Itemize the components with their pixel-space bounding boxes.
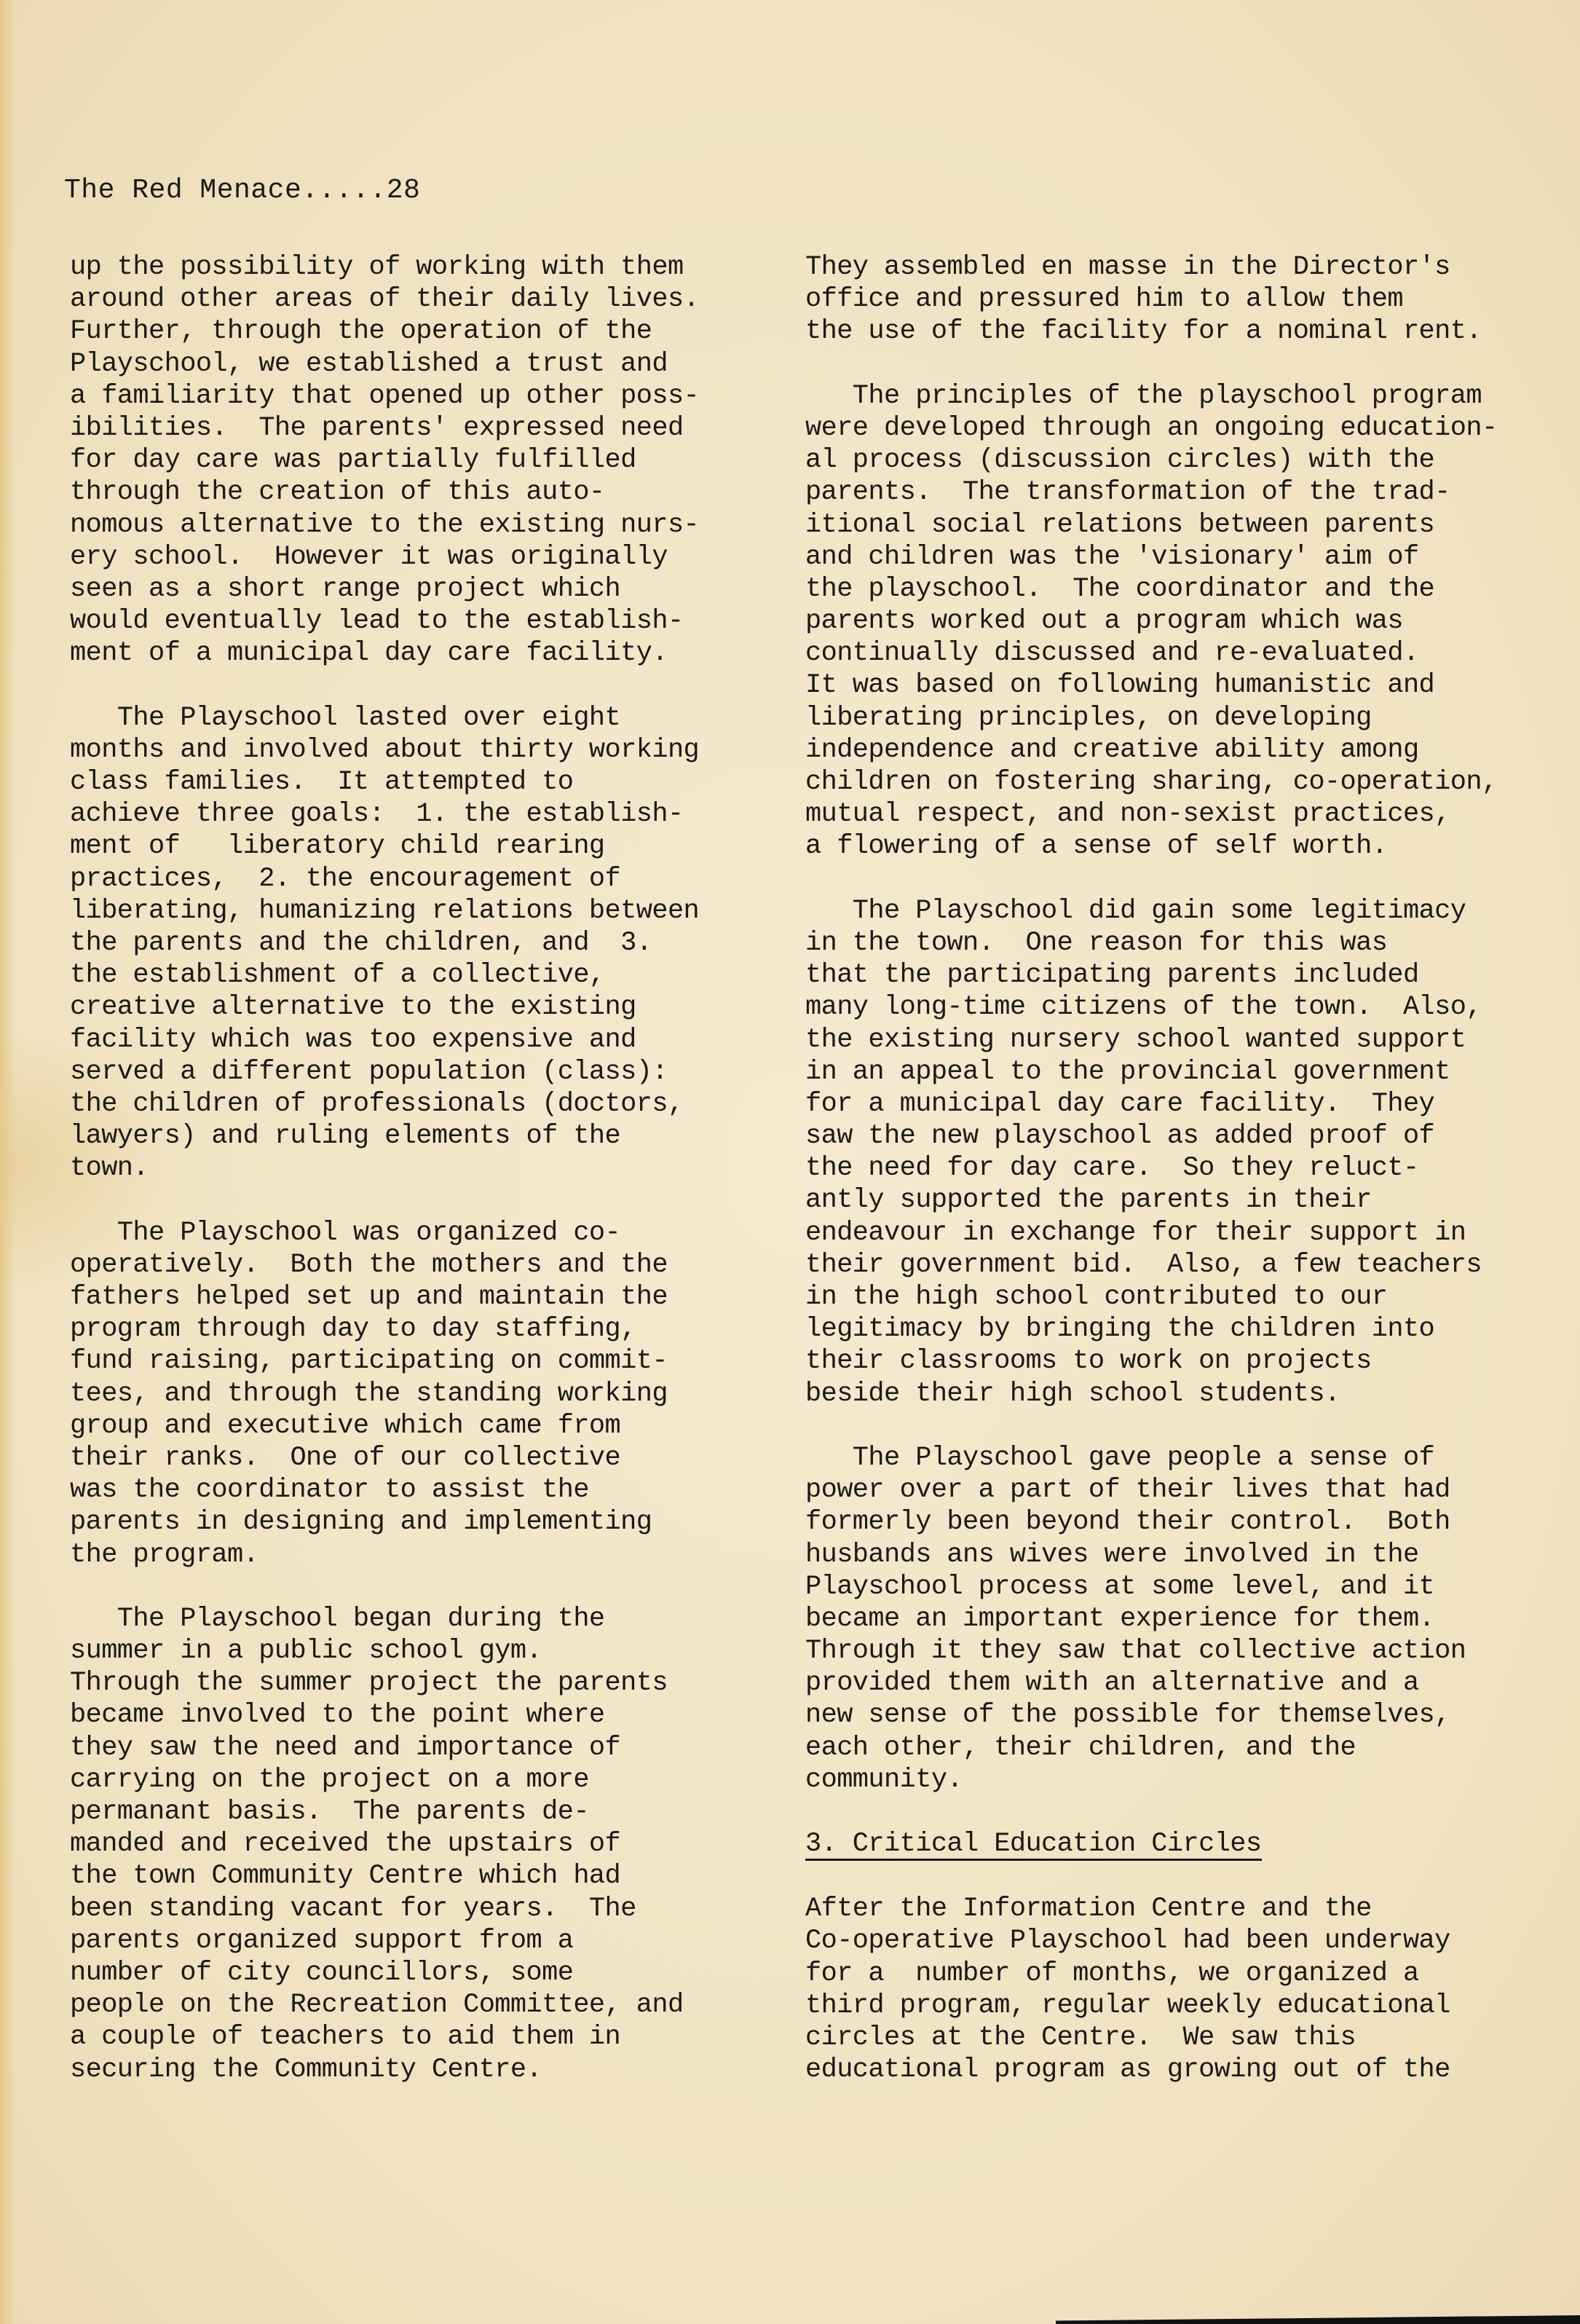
text-line: parents in designing and implementing <box>70 1506 754 1538</box>
text-line: around other areas of their daily lives. <box>70 283 754 315</box>
text-line: their classrooms to work on projects <box>805 1345 1548 1377</box>
paragraph: They assembled en masse in the Director'… <box>805 251 1548 348</box>
text-line: Co-operative Playschool had been underwa… <box>805 1925 1548 1957</box>
text-line: the town Community Centre which had <box>70 1860 754 1892</box>
paragraph: The Playschool began during thesummer in… <box>70 1603 754 2086</box>
text-line: been standing vacant for years. The <box>70 1893 754 1925</box>
text-line: the need for day care. So they reluct- <box>805 1152 1548 1184</box>
text-line: the existing nursery school wanted suppo… <box>805 1024 1548 1056</box>
text-line: Playschool process at some level, and it <box>805 1571 1548 1603</box>
text-line: The Playschool lasted over eight <box>70 702 754 734</box>
paragraph: The Playschool was organized co-operativ… <box>70 1217 754 1571</box>
paragraph: up the possibility of working with thema… <box>70 251 754 669</box>
section-heading: 3. Critical Education Circles <box>805 1829 1262 1861</box>
text-line: provided them with an alternative and a <box>805 1667 1548 1699</box>
text-line: beside their high school students. <box>805 1378 1548 1410</box>
text-line: became involved to the point where <box>70 1699 754 1731</box>
text-line: fund raising, participating on commit- <box>70 1345 754 1377</box>
text-line: parents worked out a program which was <box>805 605 1548 637</box>
paragraph: The Playschool gave people a sense ofpow… <box>805 1442 1548 1796</box>
text-line: Playschool, we established a trust and <box>70 348 754 380</box>
text-line: circles at the Centre. We saw this <box>805 2022 1548 2054</box>
text-line: community. <box>805 1764 1548 1796</box>
text-line: through the creation of this auto- <box>70 476 754 508</box>
text-line: formerly been beyond their control. Both <box>805 1506 1548 1538</box>
text-line: Further, through the operation of the <box>70 315 754 347</box>
text-line: Through the summer project the parents <box>70 1667 754 1699</box>
text-line: liberating principles, on developing <box>805 702 1548 734</box>
text-line: parents organized support from a <box>70 1925 754 1957</box>
text-line: number of city councillors, some <box>70 1957 754 1989</box>
text-line: in the town. One reason for this was <box>805 927 1548 959</box>
text-line: program through day to day staffing, <box>70 1313 754 1345</box>
text-line: practices, 2. the encouragement of <box>70 863 754 895</box>
page-edge-shading <box>0 0 16 2324</box>
text-line: seen as a short range project which <box>70 573 754 605</box>
text-line: creative alternative to the existing <box>70 991 754 1023</box>
text-line: ment of a municipal day care facility. <box>70 637 754 669</box>
text-line: the use of the facility for a nominal re… <box>805 315 1548 347</box>
text-line: legitimacy by bringing the children into <box>805 1313 1548 1345</box>
right-column: They assembled en masse in the Director'… <box>805 251 1548 2086</box>
text-line: their government bid. Also, a few teache… <box>805 1249 1548 1281</box>
text-line: husbands ans wives were involved in the <box>805 1539 1548 1571</box>
text-line: group and executive which came from <box>70 1410 754 1442</box>
text-line: class families. It attempted to <box>70 766 754 798</box>
text-line: a couple of teachers to aid them in <box>70 2021 754 2053</box>
text-line: a flowering of a sense of self worth. <box>805 830 1548 862</box>
text-line: for day care was partially fulfilled <box>70 444 754 476</box>
text-line: carrying on the project on a more <box>70 1764 754 1796</box>
text-line: operatively. Both the mothers and the <box>70 1249 754 1281</box>
paragraph: The principles of the playschool program… <box>805 380 1548 863</box>
text-line: that the participating parents included <box>805 959 1548 991</box>
text-line: mutual respect, and non-sexist practices… <box>805 798 1548 830</box>
text-line: they saw the need and importance of <box>70 1732 754 1764</box>
text-line: and children was the 'visionary' aim of <box>805 541 1548 573</box>
text-line: summer in a public school gym. <box>70 1635 754 1667</box>
running-header: The Red Menace.....28 <box>64 175 420 206</box>
text-line: the children of professionals (doctors, <box>70 1088 754 1120</box>
text-line: educational program as growing out of th… <box>805 2054 1548 2086</box>
text-line: for a municipal day care facility. They <box>805 1088 1548 1120</box>
text-line: independence and creative ability among <box>805 734 1548 766</box>
text-line: The Playschool was organized co- <box>70 1217 754 1249</box>
text-line: nomous alternative to the existing nurs- <box>70 509 754 541</box>
text-line: became an important experience for them. <box>805 1603 1548 1635</box>
text-line: antly supported the parents in their <box>805 1184 1548 1216</box>
text-line: new sense of the possible for themselves… <box>805 1699 1548 1731</box>
text-line: fathers helped set up and maintain the <box>70 1281 754 1313</box>
text-line: They assembled en masse in the Director'… <box>805 251 1548 283</box>
text-line: the playschool. The coordinator and the <box>805 573 1548 605</box>
left-column: up the possibility of working with thema… <box>70 251 754 2118</box>
text-line: served a different population (class): <box>70 1056 754 1088</box>
text-line: saw the new playschool as added proof of <box>805 1120 1548 1152</box>
text-line: The principles of the playschool program <box>805 380 1548 412</box>
text-line: in an appeal to the provincial governmen… <box>805 1056 1548 1088</box>
section-body: After the Information Centre and theCo-o… <box>805 1893 1548 2086</box>
text-line: third program, regular weekly educationa… <box>805 1990 1548 2022</box>
paragraph: The Playschool did gain some legitimacyi… <box>805 895 1548 1410</box>
text-line: endeavour in exchange for their support … <box>805 1217 1548 1249</box>
text-line: ibilities. The parents' expressed need <box>70 412 754 444</box>
text-line: months and involved about thirty working <box>70 734 754 766</box>
text-line: each other, their children, and the <box>805 1732 1548 1764</box>
text-line: town. <box>70 1152 754 1184</box>
text-line: manded and received the upstairs of <box>70 1828 754 1860</box>
text-line: office and pressured him to allow them <box>805 283 1548 315</box>
text-line: continually discussed and re-evaluated. <box>805 637 1548 669</box>
text-line: children on fostering sharing, co-operat… <box>805 766 1548 798</box>
text-line: the establishment of a collective, <box>70 959 754 991</box>
text-line: Through it they saw that collective acti… <box>805 1635 1548 1667</box>
text-line: achieve three goals: 1. the establish- <box>70 798 754 830</box>
paragraph: The Playschool lasted over eightmonths a… <box>70 702 754 1185</box>
text-line: parents. The transformation of the trad- <box>805 476 1548 508</box>
text-line: people on the Recreation Committee, and <box>70 1989 754 2021</box>
text-line: The Playschool gave people a sense of <box>805 1442 1548 1474</box>
text-line: power over a part of their lives that ha… <box>805 1474 1548 1506</box>
text-line: tees, and through the standing working <box>70 1378 754 1410</box>
text-line: securing the Community Centre. <box>70 2054 754 2086</box>
text-line: the parents and the children, and 3. <box>70 927 754 959</box>
scan-edge-shadow <box>1056 2315 1580 2324</box>
text-line: The Playschool did gain some legitimacy <box>805 895 1548 927</box>
text-line: up the possibility of working with them <box>70 251 754 283</box>
text-line: were developed through an ongoing educat… <box>805 412 1548 444</box>
text-line: liberating, humanizing relations between <box>70 895 754 927</box>
text-line: facility which was too expensive and <box>70 1024 754 1056</box>
text-line: After the Information Centre and the <box>805 1893 1548 1925</box>
right-column-paragraphs: They assembled en masse in the Director'… <box>805 251 1548 1796</box>
text-line: al process (discussion circles) with the <box>805 444 1548 476</box>
text-line: itional social relations between parents <box>805 509 1548 541</box>
text-line: ment of liberatory child rearing <box>70 830 754 862</box>
text-line: ery school. However it was originally <box>70 541 754 573</box>
text-line: their ranks. One of our collective <box>70 1442 754 1474</box>
text-line: for a number of months, we organized a <box>805 1958 1548 1990</box>
text-line: would eventually lead to the establish- <box>70 605 754 637</box>
text-line: permanant basis. The parents de- <box>70 1796 754 1828</box>
text-line: lawyers) and ruling elements of the <box>70 1120 754 1152</box>
text-line: many long-time citizens of the town. Als… <box>805 991 1548 1023</box>
text-line: was the coordinator to assist the <box>70 1474 754 1506</box>
text-line: in the high school contributed to our <box>805 1281 1548 1313</box>
text-line: the program. <box>70 1539 754 1571</box>
text-line: a familiarity that opened up other poss- <box>70 380 754 412</box>
text-line: The Playschool began during the <box>70 1603 754 1635</box>
text-line: It was based on following humanistic and <box>805 669 1548 701</box>
